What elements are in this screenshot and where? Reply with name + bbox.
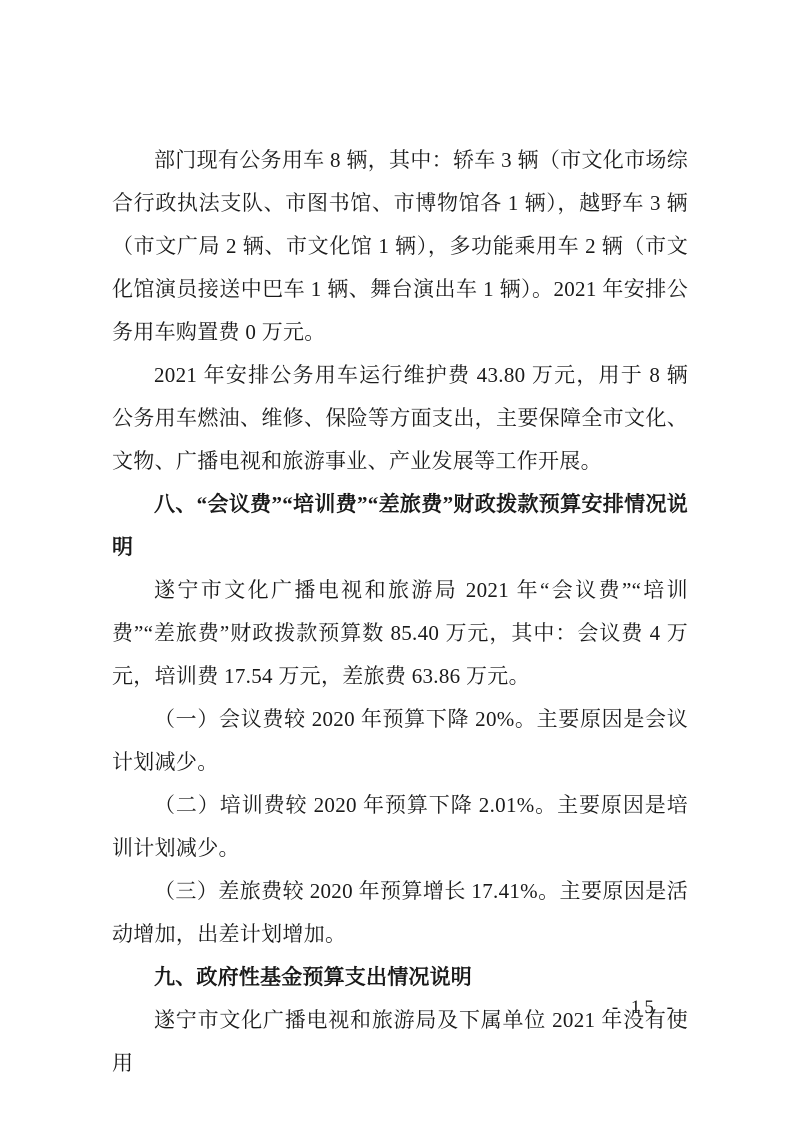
paragraph-fees-budget-total: 遂宁市文化广播电视和旅游局 2021 年“会议费”“培训费”“差旅费”财政拨款预…: [112, 569, 688, 698]
paragraph-vehicle-maintenance-cost: 2021 年安排公务用车运行维护费 43.80 万元，用于 8 辆公务用车燃油、…: [112, 354, 688, 483]
section-heading-9-government-fund-budget: 九、政府性基金预算支出情况说明: [112, 956, 688, 999]
paragraph-government-fund-intro: 遂宁市文化广播电视和旅游局及下属单位 2021 年没有使用: [112, 999, 688, 1085]
section-heading-8-meeting-training-travel-fees: 八、“会议费”“培训费”“差旅费”财政拨款预算安排情况说明: [112, 483, 688, 569]
paragraph-training-fee-change: （二）培训费较 2020 年预算下降 2.01%。主要原因是培训计划减少。: [112, 784, 688, 870]
paragraph-travel-fee-change: （三）差旅费较 2020 年预算增长 17.41%。主要原因是活动增加，出差计划…: [112, 870, 688, 956]
page-number: - 15 -: [612, 996, 677, 1020]
paragraph-meeting-fee-change: （一）会议费较 2020 年预算下降 20%。主要原因是会议计划减少。: [112, 698, 688, 784]
paragraph-vehicle-inventory: 部门现有公务用车 8 辆，其中：轿车 3 辆（市文化市场综合行政执法支队、市图书…: [112, 139, 688, 354]
document-page: 部门现有公务用车 8 辆，其中：轿车 3 辆（市文化市场综合行政执法支队、市图书…: [0, 0, 793, 1122]
document-body: 部门现有公务用车 8 辆，其中：轿车 3 辆（市文化市场综合行政执法支队、市图书…: [112, 139, 688, 1085]
